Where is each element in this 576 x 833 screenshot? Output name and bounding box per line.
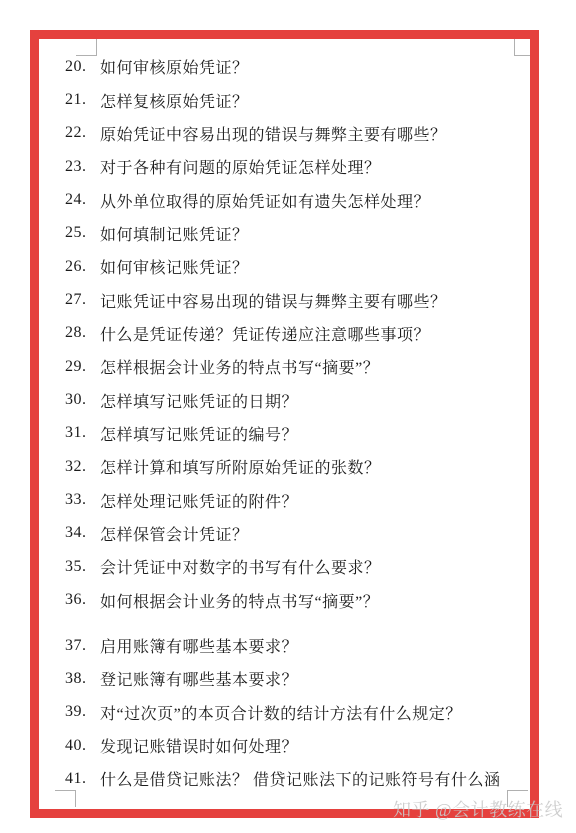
list-item: 25.如何填制记账凭证？ <box>65 217 520 250</box>
item-number: 22. <box>65 124 100 142</box>
item-text: 对“过次页”的本页合计数的结计方法有什么规定？ <box>100 701 462 724</box>
list-item: 28.什么是凭证传递？凭证传递应注意哪些事项？ <box>65 317 520 350</box>
item-text: 会计凭证中对数字的书写有什么要求？ <box>100 555 381 578</box>
list-item: 24.从外单位取得的原始凭证如有遗失怎样处理？ <box>65 183 520 216</box>
item-text: 如何审核记账凭证？ <box>100 255 249 278</box>
list-item: 27.记账凭证中容易出现的错误与舞弊主要有哪些？ <box>65 283 520 316</box>
list-item: 30.怎样填写记账凭证的日期？ <box>65 383 520 416</box>
item-number: 39. <box>65 703 100 721</box>
item-text: 从外单位取得的原始凭证如有遗失怎样处理？ <box>100 189 430 212</box>
item-text: 怎样填写记账凭证的编号？ <box>100 422 298 445</box>
item-number: 40. <box>65 737 100 755</box>
list-item: 34.怎样保管会计凭证？ <box>65 517 520 550</box>
item-text: 对于各种有问题的原始凭证怎样处理？ <box>100 155 381 178</box>
item-text: 怎样根据会计业务的特点书写“摘要”？ <box>100 355 379 378</box>
item-number: 30. <box>65 391 100 409</box>
watermark: 知乎 @会计教练在线 <box>393 796 563 822</box>
item-number: 35. <box>65 558 100 576</box>
question-list: 20.如何审核原始凭证？ 21.怎样复核原始凭证？ 22.原始凭证中容易出现的错… <box>65 50 520 796</box>
list-item: 22.原始凭证中容易出现的错误与舞弊主要有哪些？ <box>65 117 520 150</box>
item-number: 23. <box>65 158 100 176</box>
list-item: 23.对于各种有问题的原始凭证怎样处理？ <box>65 150 520 183</box>
item-number: 41. <box>65 770 100 788</box>
list-item: 38.登记账簿有哪些基本要求？ <box>65 662 520 695</box>
item-number: 28. <box>65 324 100 342</box>
item-number: 36. <box>65 591 100 609</box>
item-text: 启用账簿有哪些基本要求？ <box>100 634 298 657</box>
list-item: 21.怎样复核原始凭证？ <box>65 83 520 116</box>
item-text: 什么是借贷记账法？ 借贷记账法下的记账符号有什么涵 <box>100 767 501 790</box>
item-number: 34. <box>65 524 100 542</box>
item-number: 38. <box>65 670 100 688</box>
item-number: 37. <box>65 637 100 655</box>
item-number: 25. <box>65 224 100 242</box>
item-number: 32. <box>65 458 100 476</box>
item-text: 登记账簿有哪些基本要求？ <box>100 667 298 690</box>
item-text: 发现记账错误时如何处理？ <box>100 734 298 757</box>
list-item: 37.启用账簿有哪些基本要求？ <box>65 629 520 662</box>
item-text: 怎样计算和填写所附原始凭证的张数？ <box>100 455 381 478</box>
list-item: 39.对“过次页”的本页合计数的结计方法有什么规定？ <box>65 696 520 729</box>
list-item: 20.如何审核原始凭证？ <box>65 50 520 83</box>
item-number: 27. <box>65 291 100 309</box>
list-item: 32.怎样计算和填写所附原始凭证的张数？ <box>65 450 520 483</box>
item-number: 29. <box>65 358 100 376</box>
item-number: 24. <box>65 191 100 209</box>
list-item: 40.发现记账错误时如何处理？ <box>65 729 520 762</box>
item-number: 21. <box>65 91 100 109</box>
item-number: 31. <box>65 424 100 442</box>
list-item: 26.如何审核记账凭证？ <box>65 250 520 283</box>
list-item: 41.什么是借贷记账法？ 借贷记账法下的记账符号有什么涵 <box>65 762 520 795</box>
item-text: 如何审核原始凭证？ <box>100 55 249 78</box>
item-text: 如何填制记账凭证？ <box>100 222 249 245</box>
item-text: 什么是凭证传递？凭证传递应注意哪些事项？ <box>100 322 430 345</box>
item-text: 如何根据会计业务的特点书写“摘要”？ <box>100 589 379 612</box>
list-item: 35.会计凭证中对数字的书写有什么要求？ <box>65 550 520 583</box>
list-item: 31.怎样填写记账凭证的编号？ <box>65 417 520 450</box>
item-text: 怎样处理记账凭证的附件？ <box>100 489 298 512</box>
item-number: 33. <box>65 491 100 509</box>
item-text: 怎样保管会计凭证？ <box>100 522 249 545</box>
item-text: 原始凭证中容易出现的错误与舞弊主要有哪些？ <box>100 122 447 145</box>
item-number: 20. <box>65 58 100 76</box>
item-text: 怎样复核原始凭证？ <box>100 89 249 112</box>
item-number: 26. <box>65 258 100 276</box>
list-item: 33.怎样处理记账凭证的附件？ <box>65 483 520 516</box>
item-text: 怎样填写记账凭证的日期？ <box>100 389 298 412</box>
item-text: 记账凭证中容易出现的错误与舞弊主要有哪些？ <box>100 289 447 312</box>
list-item: 36.如何根据会计业务的特点书写“摘要”？ <box>65 584 520 617</box>
list-item: 29.怎样根据会计业务的特点书写“摘要”？ <box>65 350 520 383</box>
